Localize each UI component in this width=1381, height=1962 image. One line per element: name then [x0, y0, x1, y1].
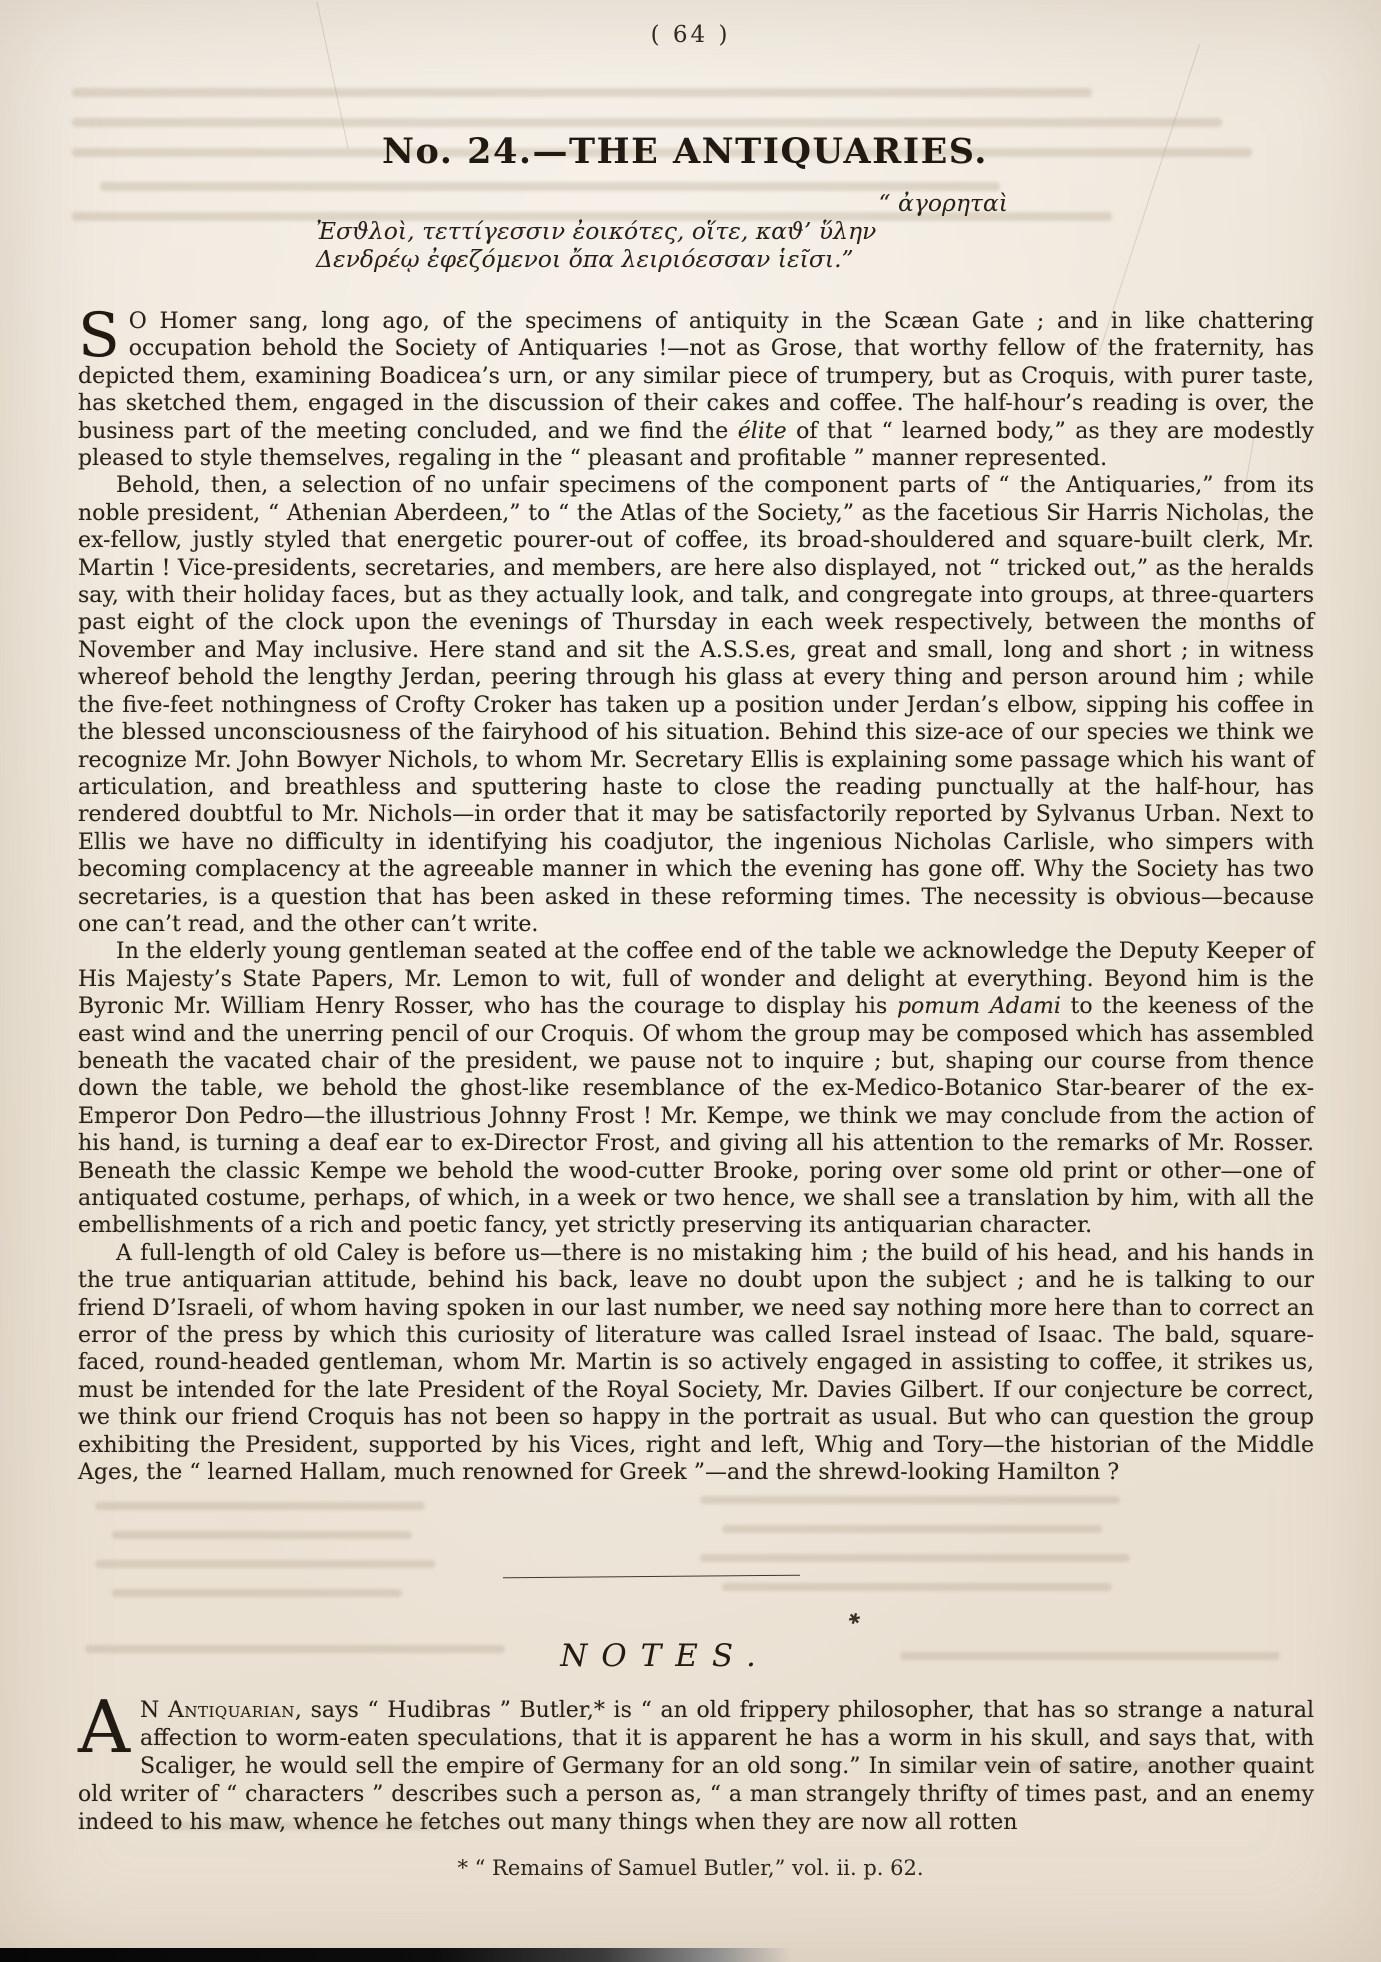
- drop-cap: A: [78, 1697, 140, 1754]
- bleedthrough-text-mark: [72, 118, 1222, 127]
- epigraph-line: Ἐσϑλοὶ, τεττίγεσσιν ἐοικότες, οἵτε, καϑ’…: [316, 217, 1008, 245]
- article-title: No. 24.—THE ANTIQUARIES.: [0, 131, 1370, 172]
- bleedthrough-text-mark: [722, 1583, 1112, 1591]
- epigraph-line: “ ἀγορηταὶ: [316, 189, 1008, 217]
- body-paragraph: In the elderly young gentleman seated at…: [78, 938, 1314, 1239]
- body-paragraph: A full-length of old Caley is before us—…: [78, 1240, 1314, 1487]
- bleedthrough-text-mark: [700, 1554, 1130, 1562]
- epigraph-line: Δενδρέῳ ἐφεζόμενοι ὄπα λειριόεσσαν ἱεῖσι…: [316, 245, 1008, 273]
- article-body: SO Homer sang, long ago, of the specimen…: [78, 308, 1314, 1486]
- page-number: ( 64 ): [0, 22, 1381, 48]
- notes-heading: NOTES.: [0, 1638, 1330, 1674]
- notes-body: AN Antiquarian, says “ Hudibras ” Butler…: [78, 1697, 1314, 1837]
- greek-epigraph: “ ἀγορηταὶ Ἐσϑλοὶ, τεττίγεσσιν ἐοικότες,…: [316, 189, 1008, 273]
- footnote: * “ Remains of Samuel Butler,” vol. ii. …: [0, 1856, 1381, 1880]
- bleedthrough-text-mark: [95, 1502, 425, 1510]
- body-paragraph: Behold, then, a selection of no unfair s…: [78, 472, 1314, 938]
- bleedthrough-text-mark: [112, 1589, 402, 1597]
- bleedthrough-text-mark: [72, 88, 1092, 97]
- section-divider-rule: [503, 1575, 800, 1579]
- notes-paragraph: AN Antiquarian, says “ Hudibras ” Butler…: [78, 1697, 1314, 1837]
- ink-blot-mark: ✱: [846, 1608, 864, 1629]
- bleedthrough-text-mark: [112, 1531, 412, 1539]
- body-paragraph: SO Homer sang, long ago, of the specimen…: [78, 308, 1314, 472]
- bleedthrough-text-mark: [722, 1525, 1102, 1533]
- drop-cap: S: [78, 308, 129, 360]
- bleedthrough-text-mark: [95, 1560, 435, 1568]
- bleedthrough-text-mark: [700, 1496, 1120, 1504]
- scan-edge-black-bar: [0, 1948, 792, 1962]
